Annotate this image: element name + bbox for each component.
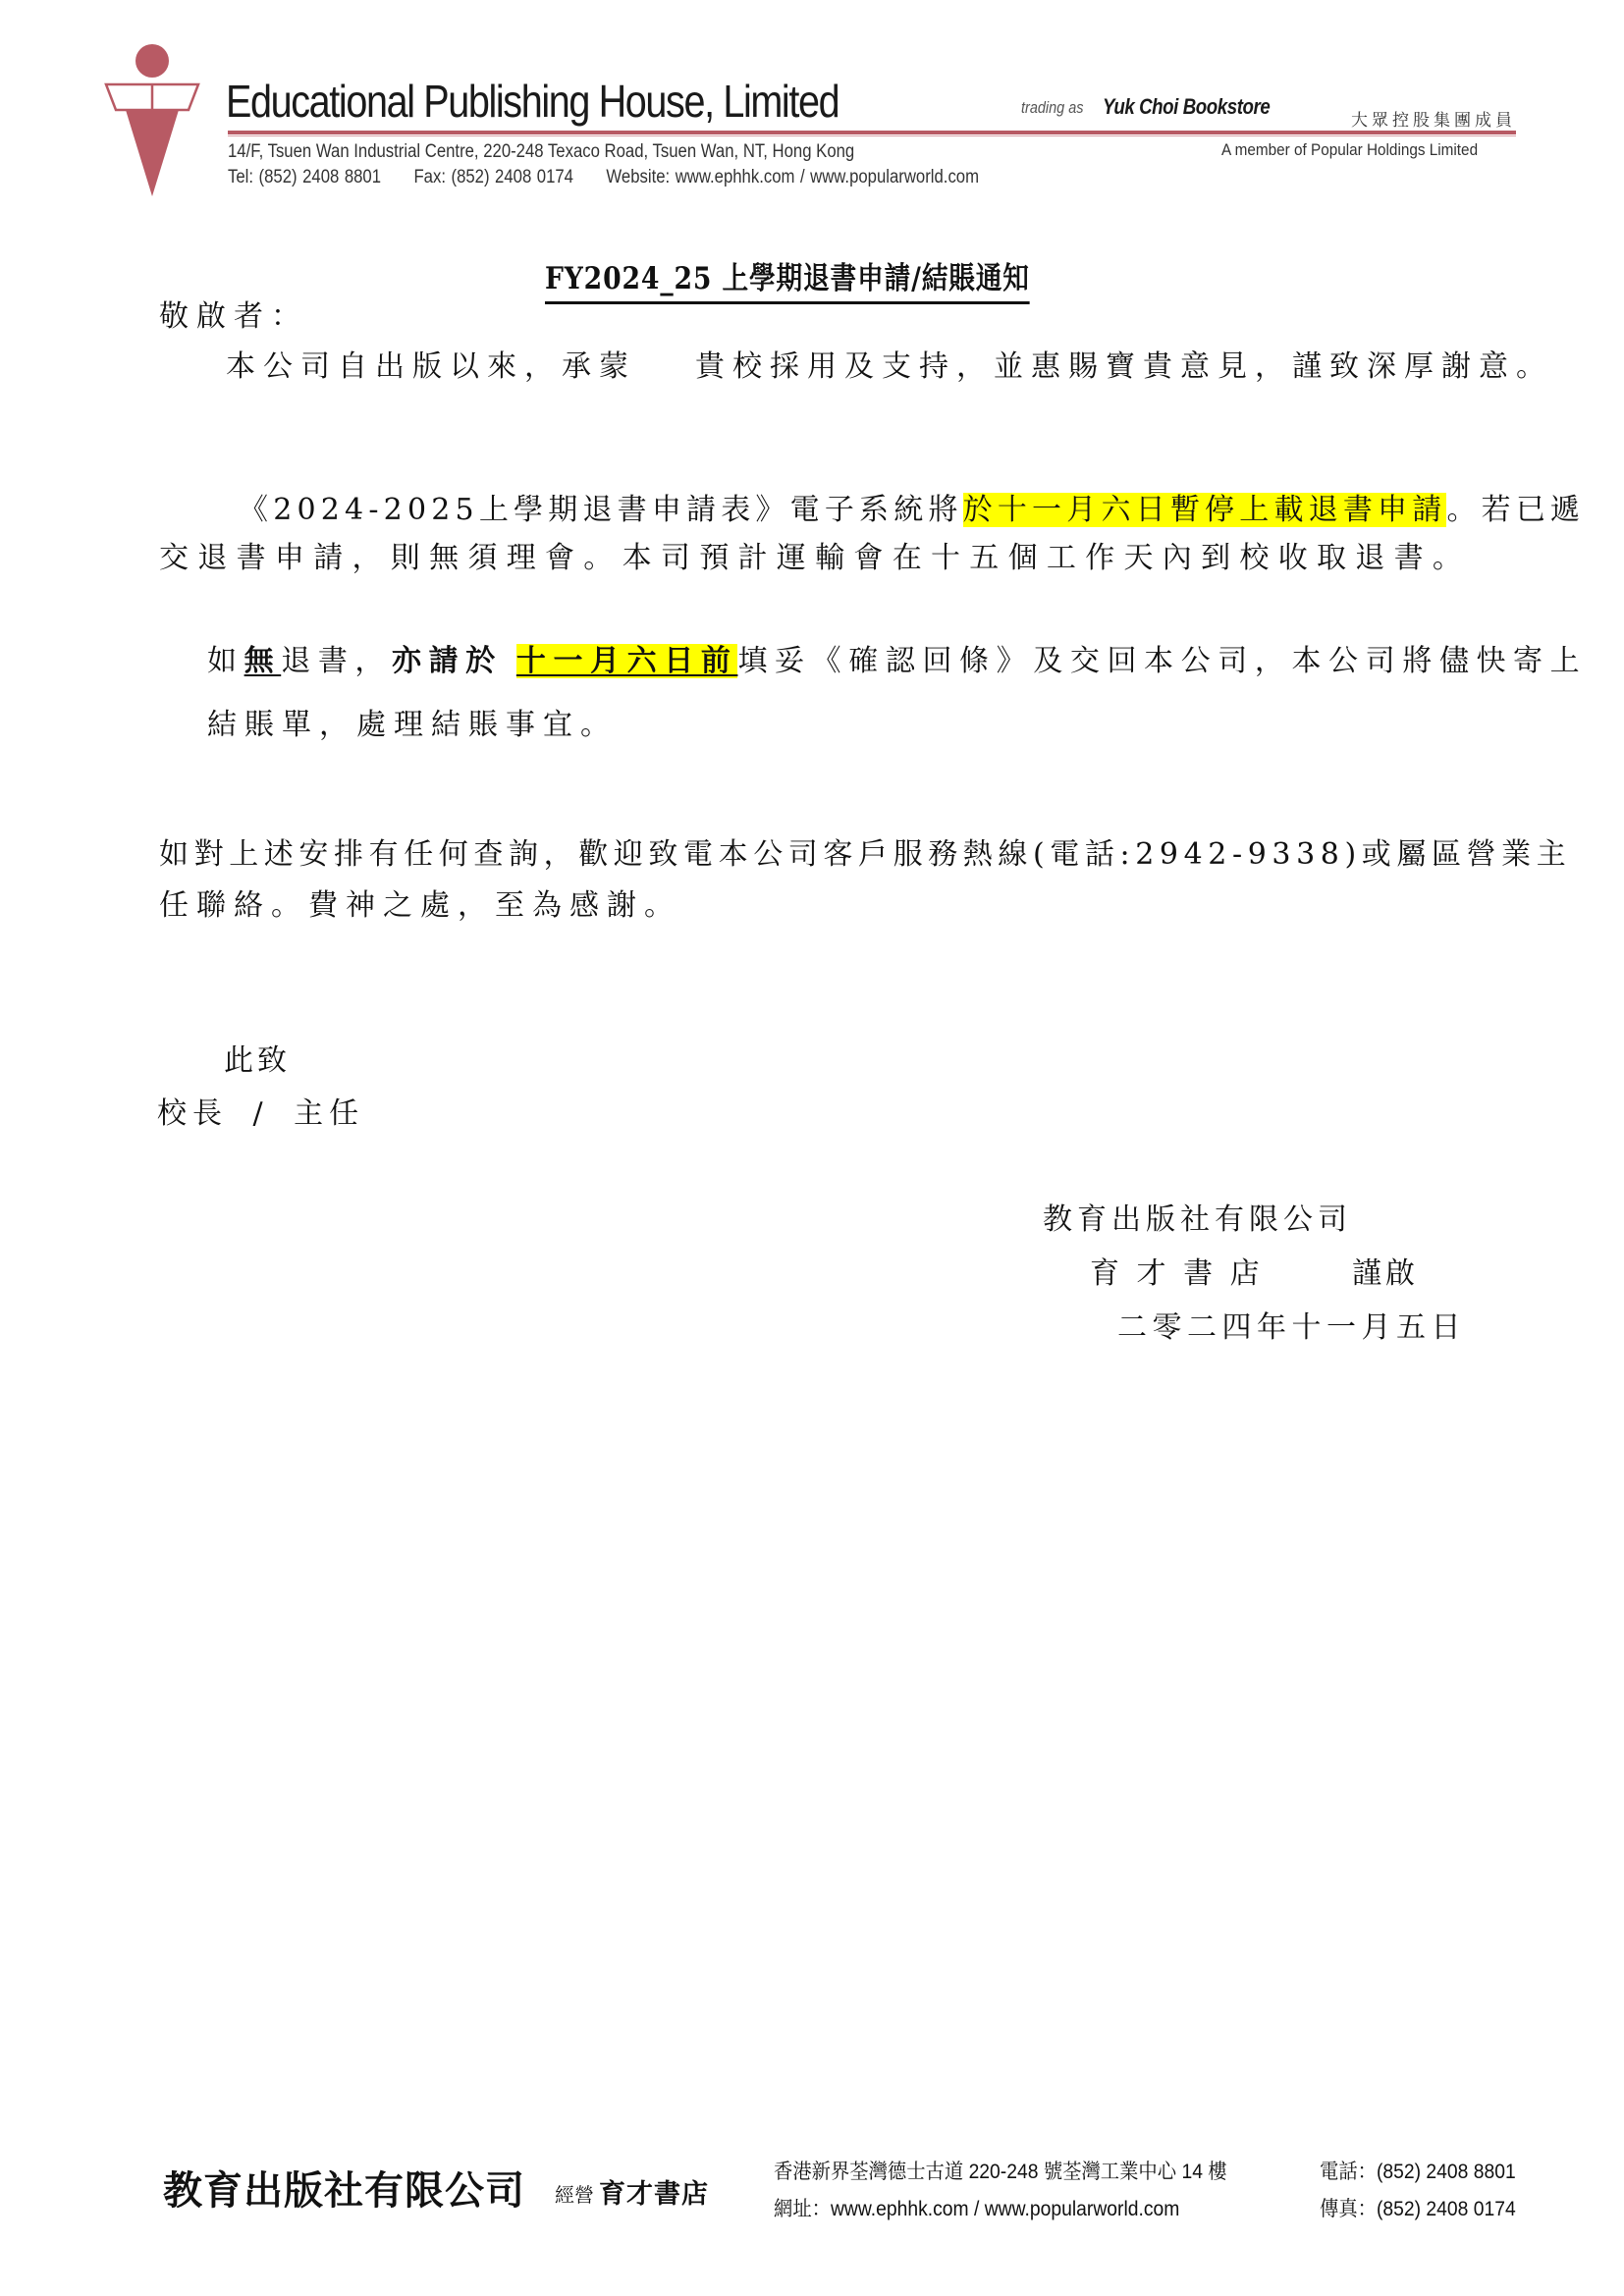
letterhead-tel: Tel: (852) 2408 8801	[228, 167, 381, 187]
letterhead-website: Website: www.ephhk.com / www.popularworl…	[606, 167, 979, 187]
footer-website: 網址：www.ephhk.com / www.popularworld.com	[774, 2193, 1179, 2222]
para2-post: 。若已遞	[1446, 493, 1585, 527]
para3-text-3: 退書，	[281, 644, 392, 678]
footer-tel: 電話：(852) 2408 8801	[1320, 2156, 1516, 2185]
recipient: 校長 / 主任	[157, 1096, 364, 1132]
letterhead-trade-name: Yuk Choi Bookstore	[1103, 94, 1270, 120]
para3-bold-please: 亦請於	[392, 644, 503, 678]
paragraph-3-line-2: 結賬單，處理結賬事宜。	[207, 708, 618, 743]
paragraph-3-line-1: 如無退書，亦請於十一月六日前填妥《確認回條》及交回本公司，本公司將儘快寄上	[207, 644, 1587, 679]
para3-deadline-highlight: 十一月六日前	[516, 644, 738, 678]
paragraph-4-line-1: 如對上述安排有任何查詢，歡迎致電本公司客戶服務熱線(電話:2942-9338)或…	[159, 837, 1571, 873]
paragraph-4-line-2: 任聯絡。費神之處，至為感謝。	[159, 888, 681, 924]
para1-part-b: 貴校採用及支持，並惠賜寶貴意見，謹致深厚謝意。	[695, 349, 1553, 384]
letterhead-company-name: Educational Publishing House, Limited	[226, 75, 839, 128]
letterhead-contact-line: Tel: (852) 2408 8801Fax: (852) 2408 0174…	[228, 167, 1011, 188]
signature-respect: 謹啟	[1352, 1256, 1419, 1292]
signature-store: 育 才 書 店	[1090, 1256, 1264, 1292]
letterhead-trading-as: trading as	[1021, 98, 1083, 118]
paragraph-2-line-1: 《2024-2025上學期退書申請表》電子系統將於十一月六日暫停上載退書申請。若…	[239, 493, 1585, 528]
para3-text-6: 填妥《確認回條》及交回本公司，本公司將儘快寄上	[737, 644, 1587, 678]
footer-address: 香港新界荃灣德士古道 220-248 號荃灣工業中心 14 樓	[774, 2156, 1227, 2185]
letterhead-fax: Fax: (852) 2408 0174	[413, 167, 573, 187]
signature-company: 教育出版社有限公司	[1043, 1202, 1352, 1238]
footer-fax: 傳真：(852) 2408 0174	[1320, 2193, 1516, 2222]
footer-operated-by: 經營	[555, 2179, 594, 2208]
document-title: FY2024_25 上學期退書申請/結賬通知	[545, 253, 1030, 304]
letterhead-group-member-cn: 大眾控股集團成員	[1351, 106, 1516, 131]
salutation: 敬啟者：	[159, 299, 308, 335]
para3-text-1: 如	[207, 644, 244, 678]
company-logo-icon	[104, 39, 202, 198]
para2-highlight: 於十一月六日暫停上載退書申請	[963, 493, 1447, 527]
letterhead-divider-shadow	[228, 135, 1516, 136]
signature-date: 二零二四年十一月五日	[1117, 1310, 1466, 1346]
closing: 此致	[224, 1043, 291, 1079]
para1-part-a: 本公司自出版以來，承蒙	[226, 349, 636, 384]
para3-emphasis-none: 無	[244, 644, 282, 678]
paragraph-1: 本公司自出版以來，承蒙貴校採用及支持，並惠賜寶貴意見，謹致深厚謝意。	[226, 349, 1553, 385]
footer-company-name: 教育出版社有限公司	[163, 2160, 525, 2216]
paragraph-2-line-2: 交退書申請，則無須理會。本司預計運輸會在十五個工作天內到校收取退書。	[159, 541, 1471, 576]
para2-pre: 《2024-2025上學期退書申請表》電子系統將	[239, 493, 963, 527]
letterhead-group-member-en: A member of Popular Holdings Limited	[1221, 140, 1478, 160]
letterhead-divider	[228, 131, 1516, 134]
letterhead-address: 14/F, Tsuen Wan Industrial Centre, 220-2…	[228, 141, 854, 163]
footer-store-name: 育才書店	[599, 2172, 709, 2211]
